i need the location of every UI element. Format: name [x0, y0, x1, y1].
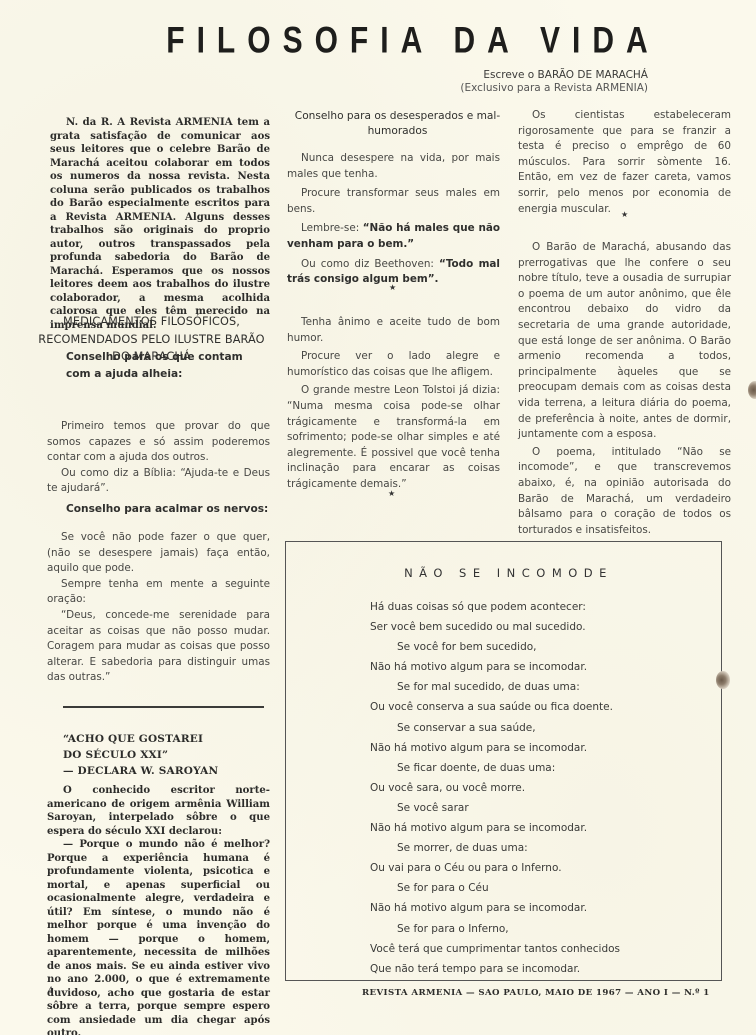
- desesperados-section: Nunca desespere na vida, por mais males …: [287, 151, 500, 292]
- barao-section: O Barão de Marachá, abusando das prerrog…: [518, 240, 731, 540]
- punch-hole: [748, 381, 756, 399]
- poem-lines: Há duas coisas só que podem acontecer:Se…: [370, 597, 710, 979]
- poem-line: Se morrer, de duas uma:: [370, 838, 710, 858]
- poem-line: Há duas coisas só que podem acontecer:: [370, 597, 710, 617]
- paragraph: O grande mestre Leon Tolstoi já dizia: “…: [287, 383, 500, 492]
- poem-line: Você terá que cumprimentar tantos conhec…: [370, 939, 710, 959]
- poem-line: Se for mal sucedido, de duas uma:: [370, 677, 710, 697]
- paragraph: O conhecido escritor norte-americano de …: [47, 784, 270, 838]
- divider-rule: [63, 706, 264, 708]
- poem-box: NÃO SE INCOMODE Há duas coisas só que po…: [285, 541, 722, 981]
- saroyan-heading: “ACHO QUE GOSTAREI DO SÉCULO XXI” — DECL…: [63, 731, 273, 779]
- star-separator: ★: [621, 210, 628, 219]
- desesperados-heading: Conselho para os desesperados e mal-humo…: [290, 109, 505, 139]
- star-separator: ★: [388, 489, 395, 498]
- poem-line: Que não terá tempo para se incomodar.: [370, 959, 710, 979]
- saroyan-heading-line: DO SÉCULO XXI”: [63, 747, 273, 763]
- editor-note-text: N. da R. A Revista ARMENIA tem a grata s…: [50, 116, 270, 332]
- paragraph: Sempre tenha em mente a seguinte oração:: [47, 577, 270, 608]
- saroyan-heading-line: — DECLARA W. SAROYAN: [63, 763, 273, 779]
- magazine-page: FILOSOFIA DA VIDA Escreve o BARÃO DE MAR…: [0, 0, 756, 1035]
- animo-section: Tenha ânimo e aceite tudo de bom humor. …: [287, 315, 500, 496]
- paragraph: — Porque o mundo não é melhor? Porque a …: [47, 838, 270, 1035]
- punch-hole: [716, 671, 730, 689]
- poem-line: Não há motivo algum para se incomodar.: [370, 898, 710, 918]
- paragraph: Ou como diz a Bíblia: “Ajuda-te e Deus t…: [47, 466, 270, 497]
- paragraph: Nunca desespere na vida, por mais males …: [287, 151, 500, 182]
- section-heading-ajuda: Conselho para os que contam com a ajuda …: [66, 349, 266, 383]
- footer-masthead: REVISTA ARMENIA — SAO PAULO, MAIO DE 196…: [362, 988, 710, 998]
- poem-line: Se você for bem sucedido,: [370, 637, 710, 657]
- poem-line: Não há motivo algum para se incomodar.: [370, 657, 710, 677]
- saroyan-article: O conhecido escritor norte-americano de …: [47, 784, 270, 1035]
- section-nervos: Se você não pode fazer o que quer, (não …: [47, 530, 270, 686]
- poem-line: Ser você bem sucedido ou mal sucedido.: [370, 617, 710, 637]
- poem-line: Não há motivo algum para se incomodar.: [370, 738, 710, 758]
- poem-line: Se ficar doente, de duas uma:: [370, 758, 710, 778]
- section-ajuda: Primeiro temos que provar do que somos c…: [47, 419, 270, 497]
- page-title: FILOSOFIA DA VIDA: [0, 20, 756, 63]
- paragraph: O poema, intitulado “Não se incomode”, e…: [518, 445, 731, 539]
- paragraph: O Barão de Marachá, abusando das prerrog…: [518, 240, 731, 443]
- poem-line: Ou vai para o Céu ou para o Inferno.: [370, 858, 710, 878]
- poem-line: Se você sarar: [370, 798, 710, 818]
- poem-line: Se for para o Inferno,: [370, 919, 710, 939]
- poem-line: Se conservar a sua saúde,: [370, 718, 710, 738]
- paragraph: Procure transformar seus males em bens.: [287, 186, 500, 217]
- paragraph: Os cientistas estabeleceram rigorosament…: [518, 108, 731, 217]
- prayer-quote: “Deus, concede-me serenidade para aceita…: [47, 608, 270, 686]
- editor-note: N. da R. A Revista ARMENIA tem a grata s…: [50, 116, 270, 332]
- byline-exclusive: (Exclusivo para a Revista ARMENIA): [460, 82, 648, 95]
- star-separator: ★: [389, 283, 396, 292]
- poem-line: Se for para o Céu: [370, 878, 710, 898]
- cientistas-section: Os cientistas estabeleceram rigorosament…: [518, 108, 731, 217]
- poem-line: Ou você conserva a sua saúde ou fica doe…: [370, 697, 710, 717]
- paragraph: Se você não pode fazer o que quer, (não …: [47, 530, 270, 577]
- paragraph: Lembre-se: “Não há males que não venham …: [287, 221, 500, 252]
- poem-title: NÃO SE INCOMODE: [286, 566, 721, 580]
- lead-text: Ou como diz Beethoven:: [301, 258, 439, 270]
- byline-author: Escreve o BARÃO DE MARACHÁ: [460, 69, 648, 82]
- saroyan-heading-line: “ACHO QUE GOSTAREI: [63, 731, 273, 747]
- poem-line: Não há motivo algum para se incomodar.: [370, 818, 710, 838]
- page-number: 4: [48, 986, 53, 995]
- lead-text: Lembre-se:: [301, 222, 363, 234]
- poem-line: Ou você sara, ou você morre.: [370, 778, 710, 798]
- paragraph: Primeiro temos que provar do que somos c…: [47, 419, 270, 466]
- byline: Escreve o BARÃO DE MARACHÁ (Exclusivo pa…: [460, 69, 648, 95]
- section-heading-nervos: Conselho para acalmar os nervos:: [66, 501, 276, 518]
- paragraph: Procure ver o lado alegre e humorístico …: [287, 349, 500, 380]
- paragraph: Tenha ânimo e aceite tudo de bom humor.: [287, 315, 500, 346]
